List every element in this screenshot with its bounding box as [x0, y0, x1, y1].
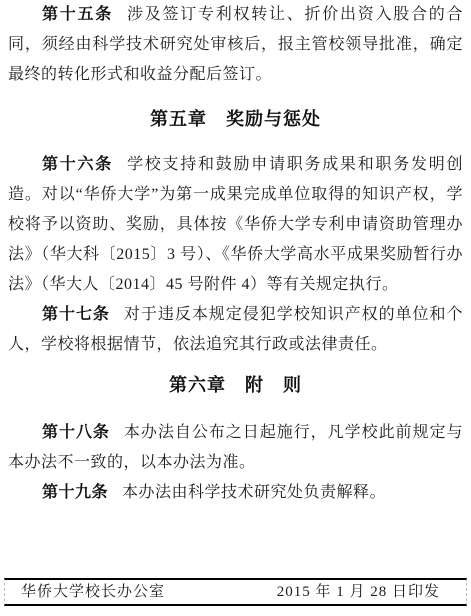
- article-16-paragraph: 第十六条学校支持和鼓励申请职务成果和职务发明创造。对以“华侨大学”为第一成果完成…: [8, 150, 463, 300]
- footer-print-date: 2015 年 1 月 28 日印发: [277, 581, 440, 603]
- chapter-6-heading: 第六章 附 则: [8, 370, 463, 400]
- article-15-paragraph: 第十五条涉及签订专利权转让、折价出资入股合的合同，须经由科学技术研究处审核后，报…: [8, 0, 463, 90]
- footer-issuing-office: 华侨大学校长办公室: [21, 581, 165, 603]
- article-18-label: 第十八条: [42, 424, 110, 441]
- article-17-paragraph: 第十七条对于违反本规定侵犯学校知识产权的单位和个人，学校将根据情节，依法追究其行…: [8, 300, 463, 360]
- article-16-text: 学校支持和鼓励申请职务成果和职务发明创造。对以“华侨大学”为第一成果完成单位取得…: [8, 156, 463, 293]
- article-18-paragraph: 第十八条本办法自公布之日起施行，凡学校此前规定与本办法不一致的，以本办法为准。: [8, 418, 463, 478]
- article-15-label: 第十五条: [42, 6, 113, 23]
- article-19-label: 第十九条: [42, 484, 108, 501]
- article-17-label: 第十七条: [42, 306, 110, 323]
- article-16-label: 第十六条: [42, 156, 113, 173]
- article-19-text: 本办法由科学技术研究处负责解释。: [122, 484, 386, 501]
- footer-imprint-box: 华侨大学校长办公室 2015 年 1 月 28 日印发: [4, 578, 467, 606]
- article-19-paragraph: 第十九条本办法由科学技术研究处负责解释。: [8, 478, 463, 508]
- document-page: 第十五条涉及签订专利权转让、折价出资入股合的合同，须经由科学技术研究处审核后，报…: [0, 0, 471, 616]
- chapter-5-heading: 第五章 奖励与惩处: [8, 104, 463, 134]
